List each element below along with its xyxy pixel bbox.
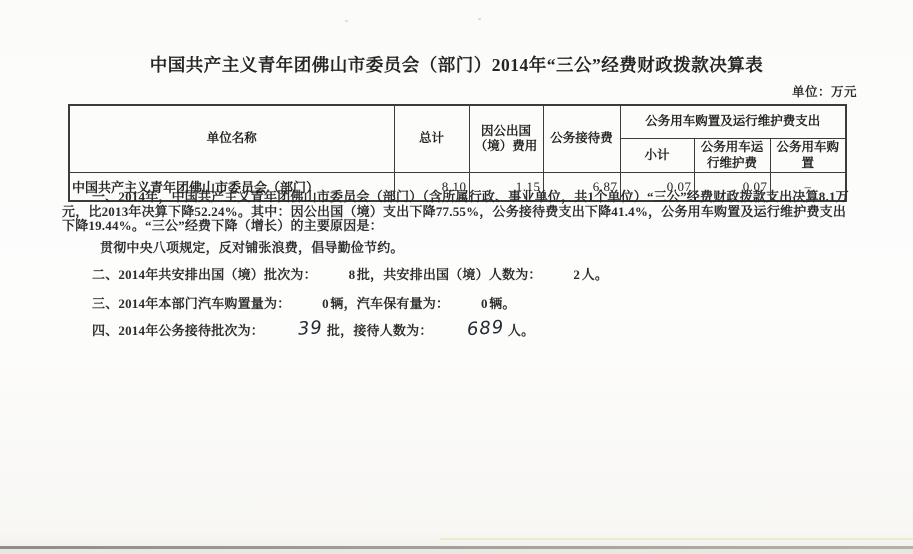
note-para-2-mid: 批，共安排出国（境）人数为： bbox=[357, 267, 542, 282]
page-title: 中国共产主义青年团佛山市委员会（部门）2014年“三公”经费财政拨款决算表 bbox=[68, 52, 845, 77]
note-para-4-mid: 批，接待人数为： bbox=[327, 323, 433, 338]
col-header-total: 总计 bbox=[394, 105, 469, 173]
col-header-reception-expense: 公务接待费 bbox=[543, 105, 620, 173]
scan-speck bbox=[478, 18, 481, 20]
note-para-4-suffix: 人。 bbox=[508, 323, 534, 338]
abroad-batches-value: 8 bbox=[317, 268, 357, 283]
note-para-3-suffix: 辆。 bbox=[489, 296, 515, 311]
note-para-2: 二、2014年共安排出国（境）批次为：8批，共安排出国（境）人数为：2人。 bbox=[62, 268, 855, 283]
reception-people-handwritten-value: 689 bbox=[436, 321, 504, 340]
note-para-2-suffix: 人。 bbox=[582, 267, 608, 282]
note-para-4: 四、2014年公务接待批次为：39批，接待人数为：689人。 bbox=[62, 323, 855, 339]
vehicles-purchased-value: 0 bbox=[290, 297, 330, 312]
col-header-vehicle-maintenance: 公务用车运 行维护费 bbox=[694, 139, 770, 173]
col-header-abroad-expense: 因公出国 （境）费用 bbox=[469, 105, 543, 173]
abroad-people-value: 2 bbox=[542, 268, 582, 283]
note-para-3-prefix: 三、2014年本部门汽车购置量为： bbox=[92, 296, 290, 311]
note-para-3-mid: 辆，汽车保有量为： bbox=[330, 296, 449, 311]
scanned-document-page: 中国共产主义青年团佛山市委员会（部门）2014年“三公”经费财政拨款决算表 单位… bbox=[0, 0, 913, 554]
col-header-vehicle-group: 公务用车购置及运行维护费支出 bbox=[620, 105, 846, 139]
col-header-vehicle-purchase: 公务用车购 置 bbox=[770, 139, 846, 173]
note-para-1-reason: 贯彻中央八项规定，反对铺张浪费，倡导勤俭节约。 bbox=[62, 241, 855, 256]
vehicles-owned-value: 0 bbox=[449, 297, 489, 312]
notes-section: 一、2014年，中国共产主义青年团佛山市委员会（部门）（含所属行政、事业单位，共… bbox=[62, 190, 855, 339]
scan-yellow-line bbox=[440, 538, 913, 540]
note-para-1: 一、2014年，中国共产主义青年团佛山市委员会（部门）（含所属行政、事业单位，共… bbox=[62, 190, 855, 234]
note-para-3: 三、2014年本部门汽车购置量为：0辆，汽车保有量为：0辆。 bbox=[62, 297, 855, 312]
reception-batches-handwritten-value: 39 bbox=[268, 321, 324, 339]
scan-speck bbox=[345, 20, 348, 22]
note-para-2-prefix: 二、2014年共安排出国（境）批次为： bbox=[92, 267, 317, 282]
unit-label: 单位：万元 bbox=[68, 82, 857, 100]
col-header-unit-name: 单位名称 bbox=[69, 105, 394, 173]
paper-bottom-shadow bbox=[0, 549, 913, 554]
table-header-row-1: 单位名称 总计 因公出国 （境）费用 公务接待费 公务用车购置及运行维护费支出 bbox=[69, 105, 846, 139]
expense-table: 单位名称 总计 因公出国 （境）费用 公务接待费 公务用车购置及运行维护费支出 … bbox=[68, 104, 847, 202]
col-header-vehicle-subtotal: 小计 bbox=[620, 139, 694, 173]
note-para-4-prefix: 四、2014年公务接待批次为： bbox=[92, 323, 264, 338]
